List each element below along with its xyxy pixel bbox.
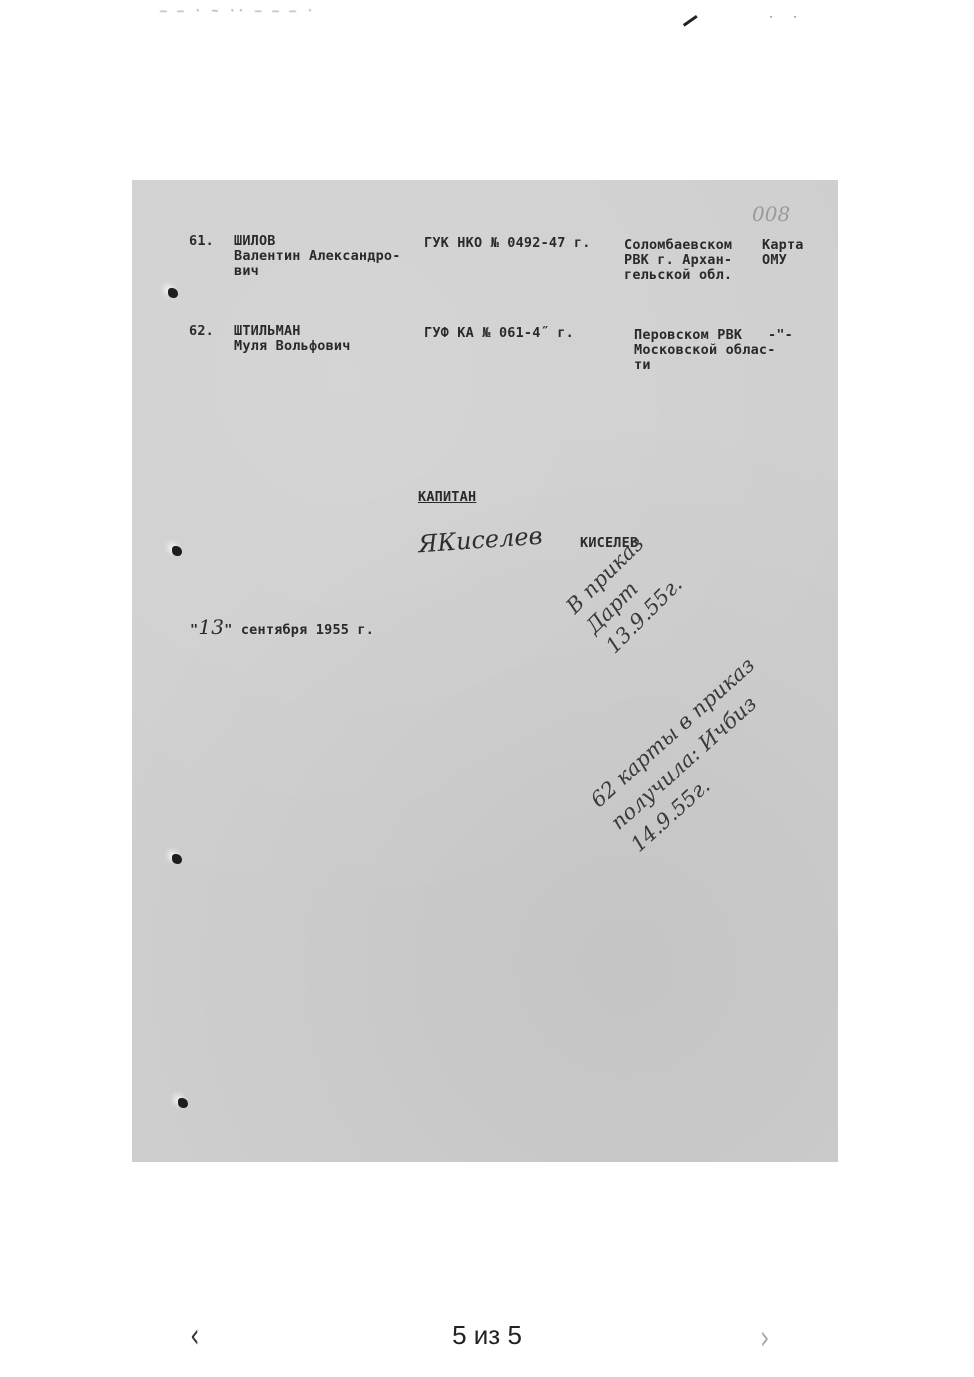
page-counter: 5 из 5 [0, 1320, 974, 1351]
entry-office: Перовском РВК Московской облас- ти [634, 328, 776, 373]
chevron-right-icon[interactable]: › [760, 1318, 770, 1358]
punch-hole [172, 854, 182, 864]
entry-note: Карта ОМУ [762, 238, 804, 268]
archive-number: 008 [752, 202, 790, 226]
entry-office: Соломбаевском РВК г. Архан- гельской обл… [624, 238, 732, 283]
punch-hole [172, 546, 182, 556]
entry-order: ГУФ КА № 061-4˝ г. [424, 326, 574, 341]
punch-hole [178, 1098, 188, 1108]
rank-label: КАПИТАН [418, 490, 476, 505]
handwritten-signature: ЯКиселев [417, 522, 543, 559]
entry-name: ШИЛОВ Валентин Александро- вич [234, 234, 401, 279]
entry-order: ГУК НКО № 0492-47 г. [424, 236, 591, 251]
page-navigation: ‹ 5 из 5 › [0, 1310, 974, 1366]
date-rest: сентября 1955 г. [241, 622, 374, 638]
document-date: "13" сентября 1955 г. [190, 620, 374, 638]
previous-page-edge-text: — — · ~ ·· — — — · [160, 4, 315, 17]
entry-number: 62. [189, 324, 214, 339]
entry-number: 61. [189, 234, 214, 249]
date-day: 13 [198, 615, 224, 639]
document-page: 008 61. ШИЛОВ Валентин Александро- вич Г… [132, 180, 838, 1162]
dots-mark: · · [768, 12, 804, 23]
punch-hole [168, 288, 178, 298]
check-mark [678, 8, 697, 26]
entry-note: -"- [768, 328, 793, 343]
handwritten-note-received: 62 карты в приказ получила: Ичбиз 14.9.5… [584, 650, 801, 858]
entry-name: ШТИЛЬМАН Муля Вольфович [234, 324, 351, 354]
